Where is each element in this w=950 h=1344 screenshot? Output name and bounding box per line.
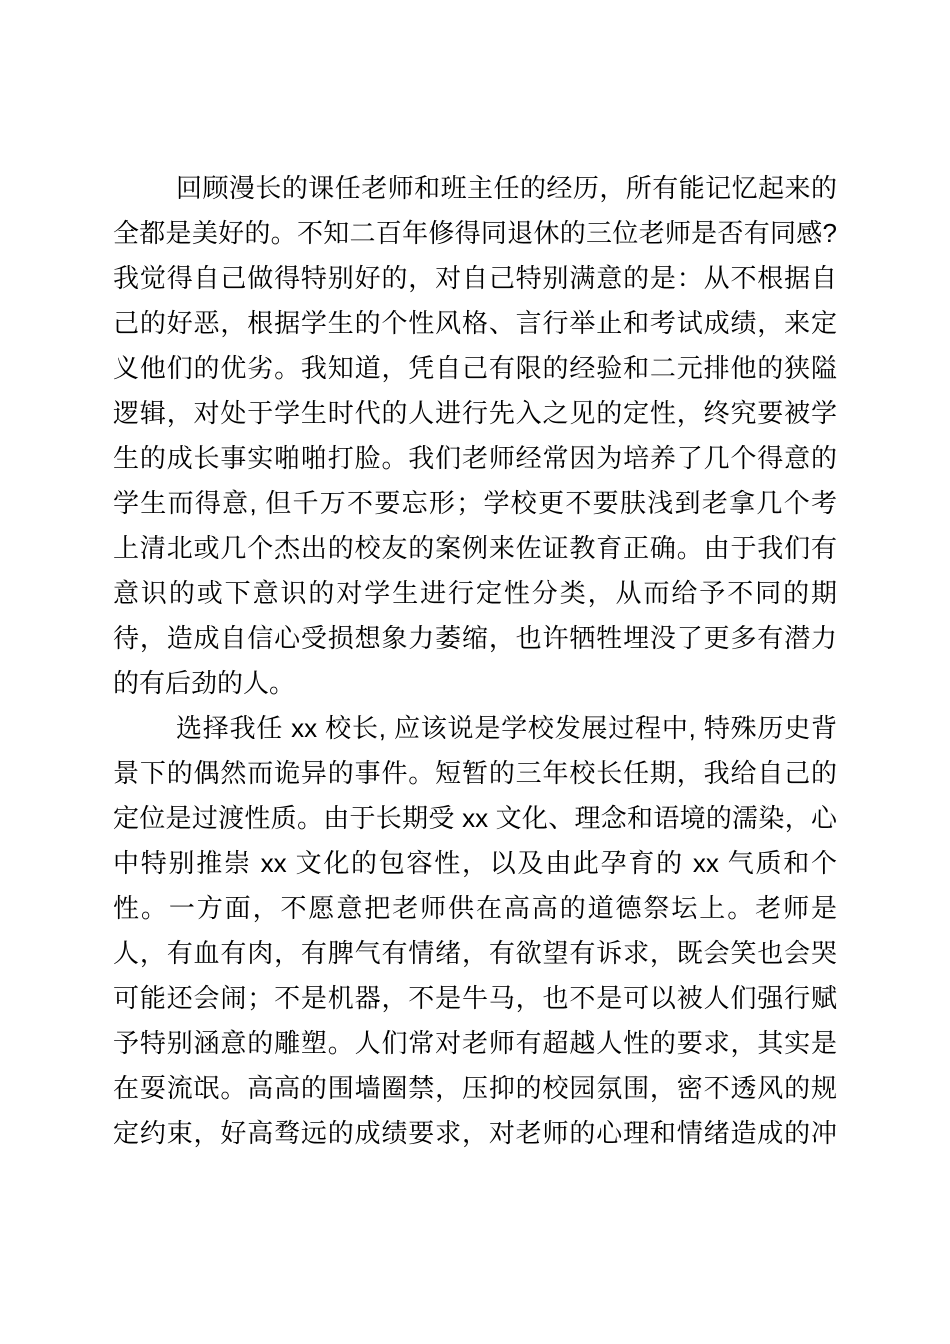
text-line: 意识的或下意识的对学生进行定性分类，从而给予不同的期 bbox=[113, 571, 837, 616]
text-line: 定位是过渡性质。由于长期受 xx 文化、理念和语境的濡染，心 bbox=[113, 796, 837, 841]
text-line: 选择我任 xx 校长, 应该说是学校发展过程中, 特殊历史背 bbox=[113, 706, 837, 751]
text-line: 待，造成自信心受损想象力萎缩，也许牺牲埋没了更多有潜力 bbox=[113, 616, 837, 661]
text-line: 逻辑，对处于学生时代的人进行先入之见的定性，终究要被学 bbox=[113, 391, 837, 436]
text-line: 性。一方面，不愿意把老师供在高高的道德祭坛上。老师是 bbox=[113, 886, 837, 931]
text-line: 景下的偶然而诡异的事件。短暂的三年校长任期，我给自己的 bbox=[113, 751, 837, 796]
document-page: 回顾漫长的课任老师和班主任的经历，所有能记忆起来的 全都是美好的。不知二百年修得… bbox=[0, 0, 950, 1344]
paragraph: 回顾漫长的课任老师和班主任的经历，所有能记忆起来的 全都是美好的。不知二百年修得… bbox=[113, 166, 837, 706]
text-line: 我觉得自己做得特别好的，对自己特别满意的是：从不根据自 bbox=[113, 256, 837, 301]
text-line: 己的好恶，根据学生的个性风格、言行举止和考试成绩，来定 bbox=[113, 301, 837, 346]
text-line: 中特别推崇 xx 文化的包容性，以及由此孕育的 xx 气质和个 bbox=[113, 841, 837, 886]
text-line: 可能还会闹；不是机器，不是牛马，也不是可以被人们强行赋 bbox=[113, 976, 837, 1021]
paragraph: 选择我任 xx 校长, 应该说是学校发展过程中, 特殊历史背 景下的偶然而诡异的… bbox=[113, 706, 837, 1156]
text-line: 生的成长事实啪啪打脸。我们老师经常因为培养了几个得意的 bbox=[113, 436, 837, 481]
text-line: 学生而得意, 但千万不要忘形；学校更不要肤浅到老拿几个考 bbox=[113, 481, 837, 526]
text-body: 回顾漫长的课任老师和班主任的经历，所有能记忆起来的 全都是美好的。不知二百年修得… bbox=[113, 166, 837, 1156]
text-line: 定约束，好高骛远的成绩要求，对老师的心理和情绪造成的冲 bbox=[113, 1111, 837, 1156]
text-line: 在耍流氓。高高的围墙圈禁，压抑的校园氛围，密不透风的规 bbox=[113, 1066, 837, 1111]
text-line: 的有后劲的人。 bbox=[113, 661, 837, 706]
text-line: 回顾漫长的课任老师和班主任的经历，所有能记忆起来的 bbox=[113, 166, 837, 211]
text-line: 上清北或几个杰出的校友的案例来佐证教育正确。由于我们有 bbox=[113, 526, 837, 571]
text-line: 予特别涵意的雕塑。人们常对老师有超越人性的要求，其实是 bbox=[113, 1021, 837, 1066]
text-line: 义他们的优劣。我知道，凭自己有限的经验和二元排他的狭隘 bbox=[113, 346, 837, 391]
text-line: 人，有血有肉，有脾气有情绪，有欲望有诉求，既会笑也会哭 bbox=[113, 931, 837, 976]
text-line: 全都是美好的。不知二百年修得同退休的三位老师是否有同感? bbox=[113, 211, 837, 256]
